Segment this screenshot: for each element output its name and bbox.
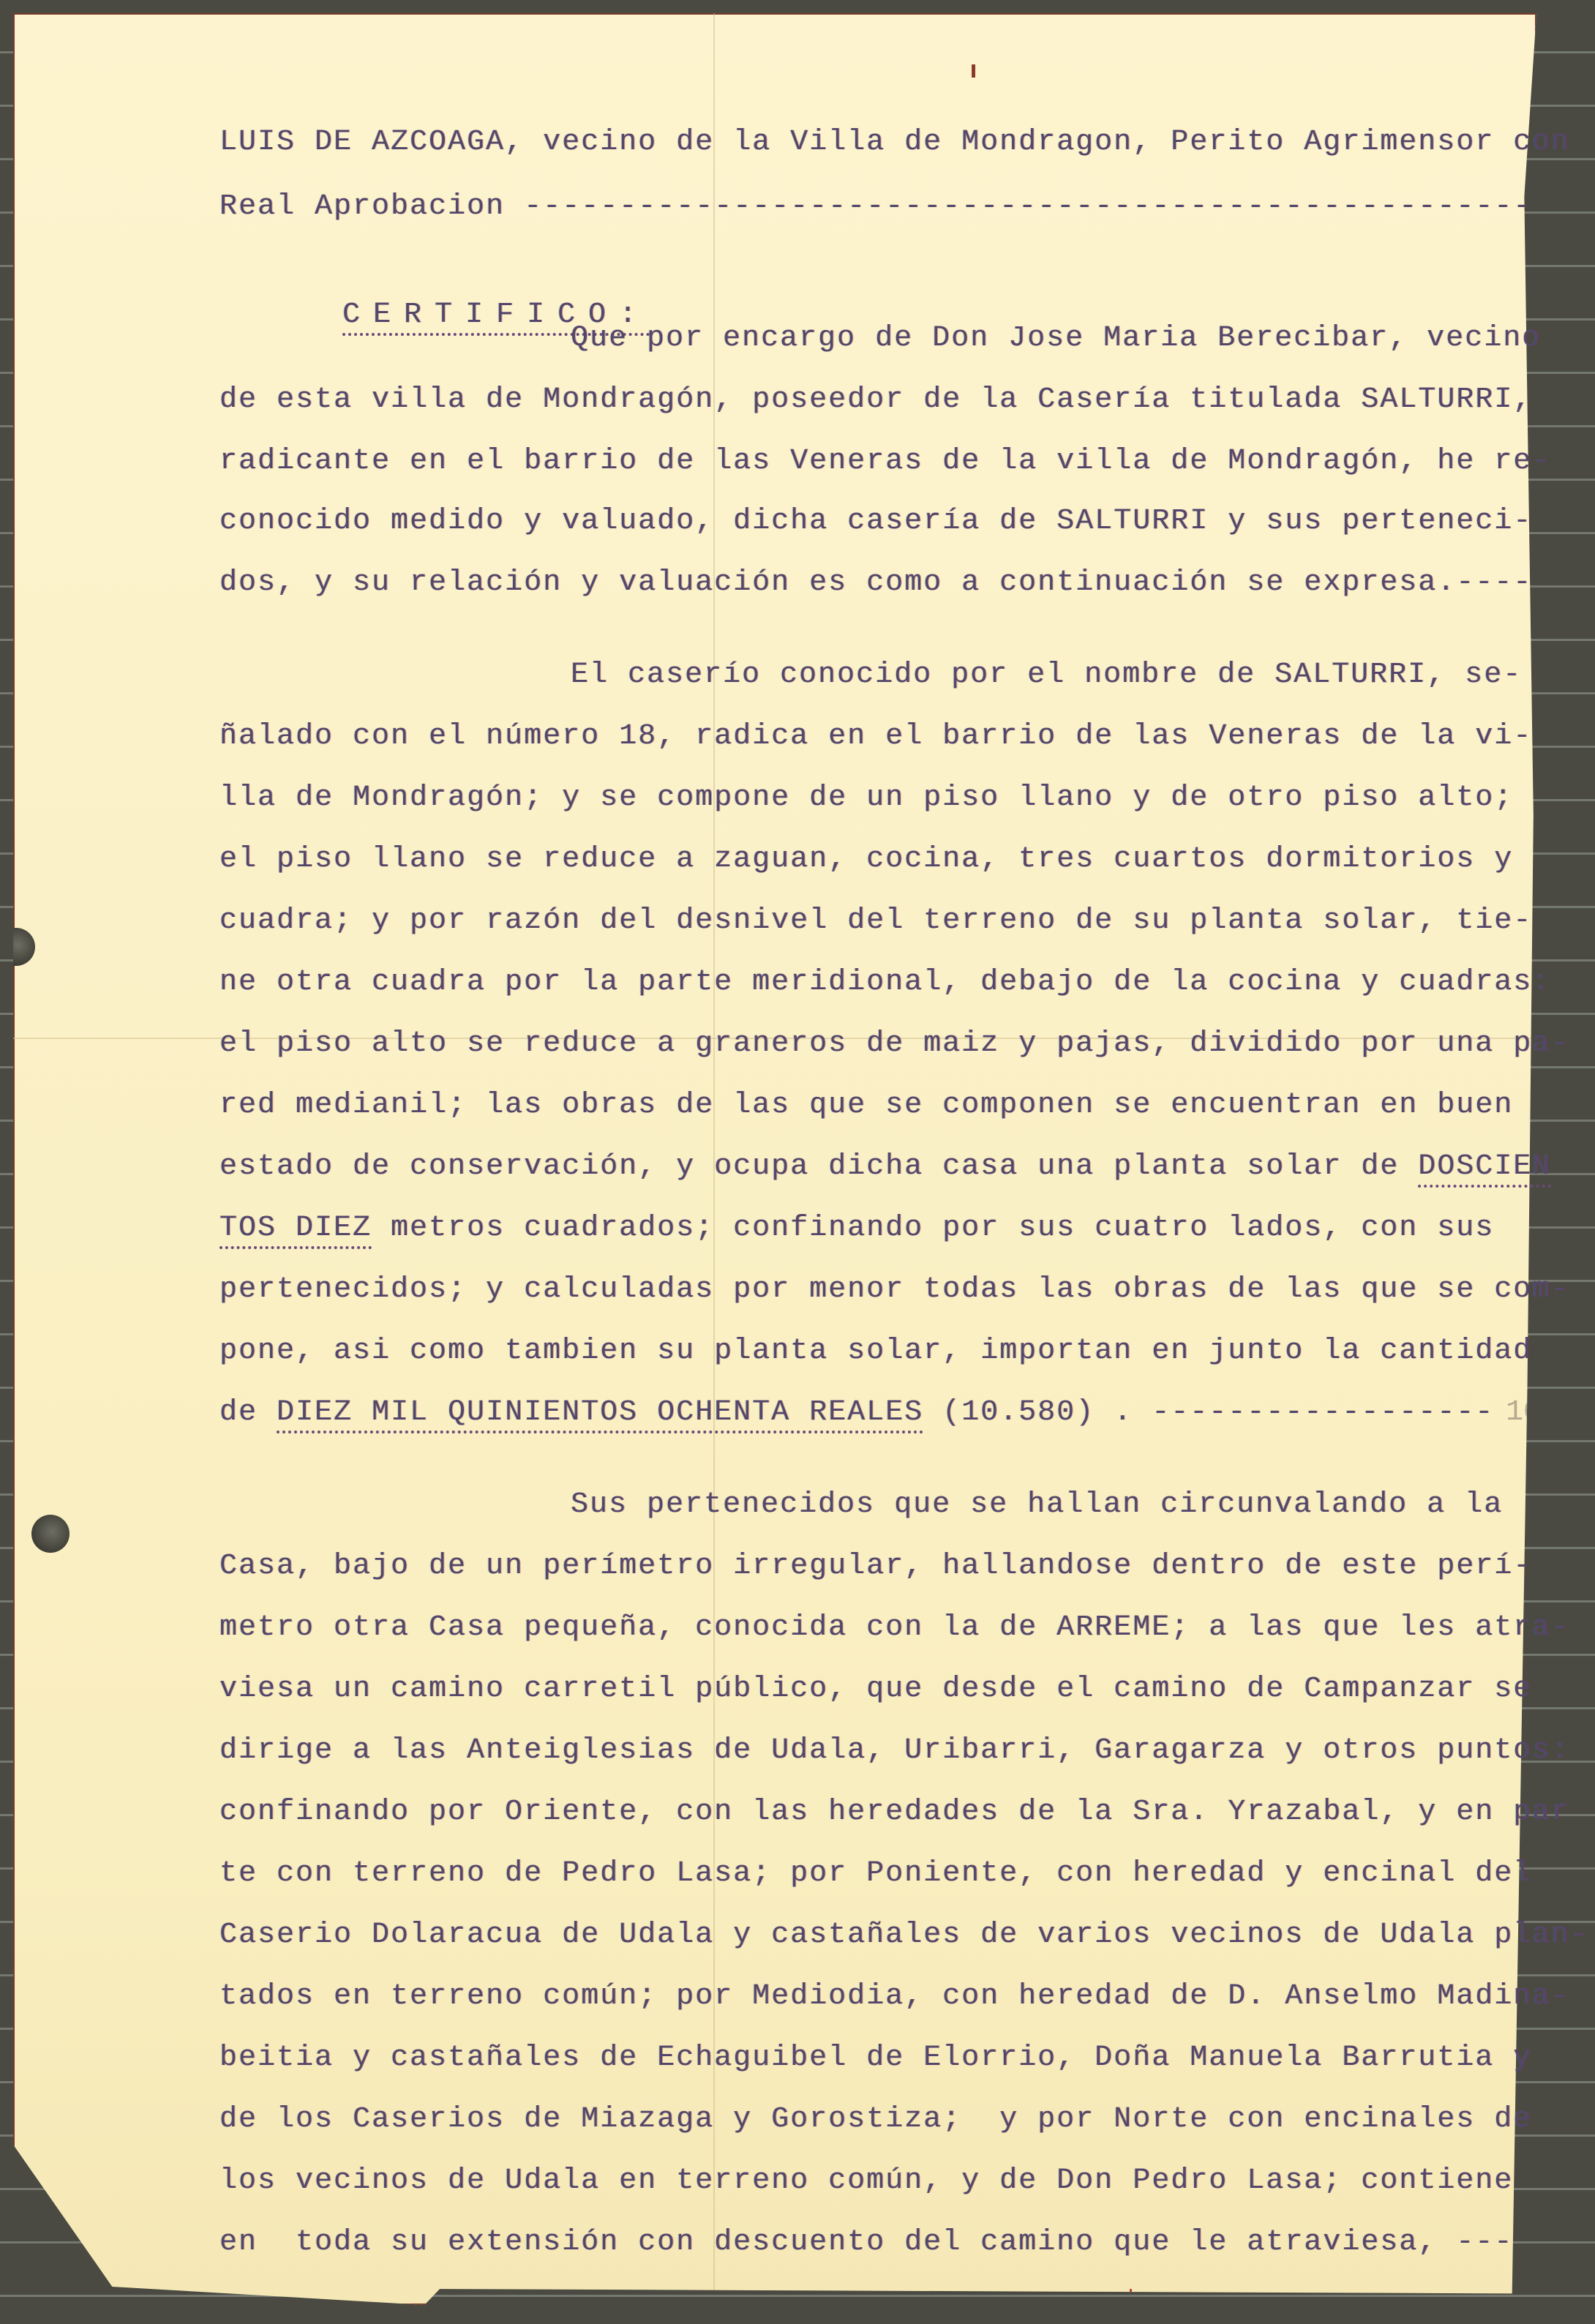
text-line: dos, y su relación y valuación es como a… xyxy=(219,565,1532,601)
amount-underlined: DIEZ MIL QUINIENTOS OCHENTA REALES xyxy=(277,1396,923,1433)
text-line: pertenecidos; y calculadas por menor tod… xyxy=(219,1272,1570,1308)
text-segment: estado de conservación, y ocupa dicha ca… xyxy=(219,1150,1418,1183)
text-line: beitia y castañales de Echaguibel de Elo… xyxy=(219,2040,1532,2077)
text-line: Casa, bajo de un perímetro irregular, ha… xyxy=(219,1548,1532,1585)
text-line: el piso llano se reduce a zaguan, cocina… xyxy=(219,841,1513,878)
text-line: conocido medido y valuado, dicha casería… xyxy=(219,503,1532,540)
text-segment: metros cuadrados; confinando por sus cua… xyxy=(391,1212,1494,1245)
text-segment: (10.580) . ------------------ xyxy=(923,1396,1494,1429)
text-line: ne otra cuadra por la parte meridional, … xyxy=(219,964,1551,1001)
text-line: red medianil; las obras de las que se co… xyxy=(219,1087,1513,1124)
text-line: Sus pertenecidos que se hallan circunval… xyxy=(571,1487,1503,1523)
text-line: tados en terreno común; por Mediodia, co… xyxy=(219,1979,1570,2015)
text-line: radicante en el barrio de las Veneras de… xyxy=(219,443,1551,480)
punch-hole xyxy=(31,1515,70,1553)
area-underlined: DOSCIEN xyxy=(1418,1150,1551,1188)
header-line: Real Aprobacion ------------------------… xyxy=(219,189,1532,225)
text-line: ñalado con el número 18, radica en el ba… xyxy=(219,719,1532,755)
header-line: LUIS DE AZCOAGA, vecino de la Villa de M… xyxy=(219,124,1570,161)
area-underlined: TOS DIEZ xyxy=(219,1212,372,1249)
text-line: Que por encargo de Don Jose Maria Bereci… xyxy=(571,321,1541,357)
text-line: de esta villa de Mondragón, poseedor de … xyxy=(219,382,1532,419)
text-line: Caserio Dolaracua de Udala y castañales … xyxy=(219,1917,1589,1954)
text-line: metro otra Casa pequeña, conocida con la… xyxy=(219,1610,1570,1646)
text-line: El caserío conocido por el nombre de SAL… xyxy=(571,657,1522,694)
text-segment: de xyxy=(219,1396,277,1429)
text-line: te con terreno de Pedro Lasa; por Ponien… xyxy=(219,1856,1532,1892)
text-line: lla de Mondragón; y se compone de un pis… xyxy=(219,780,1513,817)
text-line: estado de conservación, y ocupa dicha ca… xyxy=(219,1149,1551,1185)
text-line: en toda su extensión con descuento del c… xyxy=(219,2224,1513,2261)
text-line: viesa un camino carretil público, que de… xyxy=(219,1671,1532,1708)
text-line: el piso alto se reduce a graneros de mai… xyxy=(219,1026,1570,1062)
text-line: los vecinos de Udala en terreno común, y… xyxy=(219,2163,1513,2200)
text-line: de DIEZ MIL QUINIENTOS OCHENTA REALES (1… xyxy=(219,1395,1494,1431)
text-line: dirige a las Anteiglesias de Udala, Urib… xyxy=(219,1733,1570,1769)
text-line: pone, asi como tambien su planta solar, … xyxy=(219,1333,1532,1370)
ink-mark xyxy=(972,64,975,78)
text-line: confinando por Oriente, con las heredade… xyxy=(219,1794,1570,1831)
text-line: de los Caserios de Miazaga y Gorostiza; … xyxy=(219,2102,1532,2138)
text-line: TOS DIEZ metros cuadrados; confinando po… xyxy=(219,1210,1494,1247)
text-line: cuadra; y por razón del desnivel del ter… xyxy=(219,903,1532,940)
